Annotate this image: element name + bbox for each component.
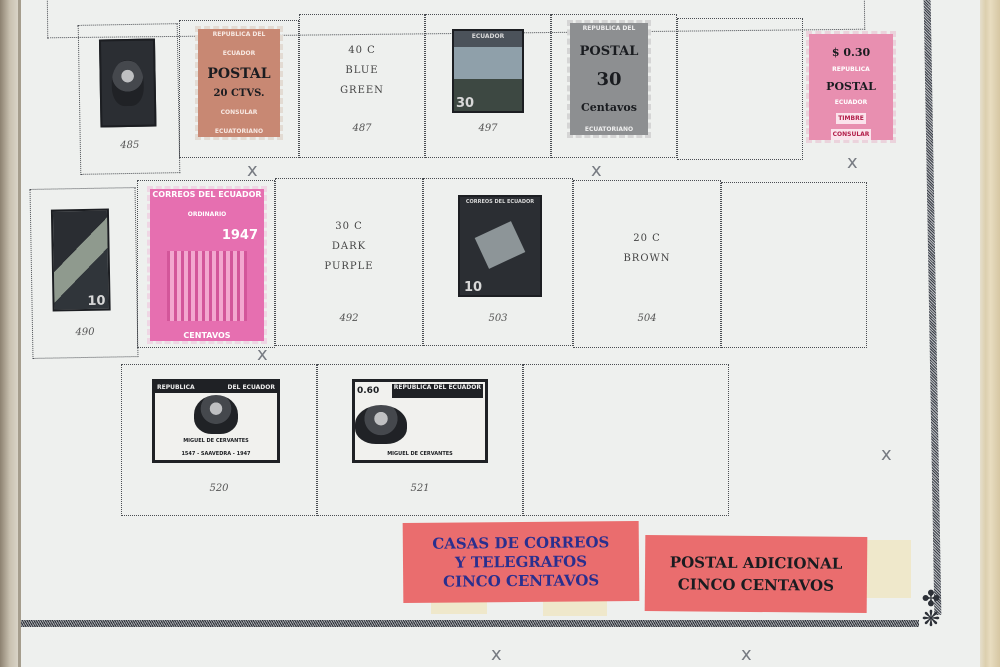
- stamp-cell: 10 490: [30, 187, 139, 359]
- catalog-number: 521: [318, 483, 522, 494]
- stamp-cell: 485: [78, 23, 181, 175]
- pencil-mark: x: [741, 644, 752, 665]
- loose-stamp-casas-de-correos: CASAS DE CORREOS Y TELEGRAFOS CINCO CENT…: [403, 521, 640, 603]
- stamp-hinge: [543, 600, 607, 616]
- stamp-521-cervantes: 0.60 REPUBLICA DEL ECUADOR MIGUEL DE CER…: [352, 379, 488, 463]
- ornamental-border-bottom: [21, 620, 919, 627]
- catalog-number: 497: [426, 123, 550, 134]
- stamp-497: ECUADOR 30: [452, 29, 524, 113]
- portrait-image: [194, 395, 238, 434]
- portrait-image: [355, 405, 407, 444]
- catalog-number: 487: [300, 123, 424, 134]
- ornamental-border-right: [924, 0, 942, 615]
- stamp-cell: REPUBLICA DEL ECUADOR POSTAL 20 CTVS. CO…: [179, 20, 299, 158]
- stamp-cell-empty: [677, 18, 803, 160]
- stamp-cell-empty: [721, 182, 867, 348]
- church-image: [167, 251, 247, 321]
- pencil-mark: x: [491, 644, 502, 665]
- stamp-correos-1947: CORREOS DEL ECUADOR ORDINARIO 1947 CENTA…: [150, 189, 264, 341]
- book-image: [475, 221, 526, 269]
- portrait-image: [112, 60, 144, 107]
- stamp-cell-empty: 30 C DARK PURPLE 492: [275, 178, 423, 346]
- stamp-cell: REPUBLICA DEL ECUADOR MIGUEL DE CERVANTE…: [121, 364, 317, 516]
- stamp-cell: CORREOS DEL ECUADOR ORDINARIO 1947 CENTA…: [137, 180, 275, 348]
- stamp-520-cervantes: REPUBLICA DEL ECUADOR MIGUEL DE CERVANTE…: [152, 379, 280, 463]
- pencil-mark: x: [247, 160, 258, 181]
- loose-stamp-postal-adicional: POSTAL ADICIONAL CINCO CENTAVOS: [645, 535, 868, 613]
- stamp-503: CORREOS DEL ECUADOR 10: [458, 195, 542, 297]
- corner-ornament-icon: ✤❋: [911, 590, 951, 636]
- catalog-number: 503: [424, 313, 572, 324]
- stamp-cell-empty: 40 C BLUE GREEN 487: [299, 14, 425, 158]
- stamp-cell: CORREOS DEL ECUADOR 10 503: [423, 178, 573, 346]
- pencil-mark: x: [591, 160, 602, 181]
- catalog-number: 504: [574, 313, 720, 324]
- catalog-number: 485: [81, 139, 179, 152]
- pencil-mark: x: [847, 152, 858, 173]
- stamp-cell: REPUBLICA DEL POSTAL 30 Centavos ECUATOR…: [551, 14, 677, 158]
- catalog-number: 520: [122, 483, 316, 494]
- pencil-mark: x: [881, 444, 892, 465]
- stamp-cell-empty: [523, 364, 729, 516]
- stamp-490: 10: [51, 209, 111, 312]
- catalog-number: 490: [33, 326, 137, 339]
- pencil-mark: x: [257, 344, 268, 365]
- album-page: ✤❋ 485 REPUBLICA DEL ECUADOR POSTAL 20 C…: [18, 0, 980, 667]
- stamp-cell: 0.60 REPUBLICA DEL ECUADOR MIGUEL DE CER…: [317, 364, 523, 516]
- stamp-cell: ECUADOR 30 497: [425, 14, 551, 158]
- stamp-485: [99, 39, 157, 128]
- stamp-cell-empty: 20 C BROWN 504: [573, 180, 721, 348]
- stamp-postal-20-ctvs: REPUBLICA DEL ECUADOR POSTAL 20 CTVS. CO…: [198, 29, 280, 137]
- stamp-postal-30-centavos: REPUBLICA DEL POSTAL 30 Centavos ECUATOR…: [570, 23, 648, 135]
- catalog-number: 492: [276, 313, 422, 324]
- stamp-postal-timbre-consular: $ 0.30 REPUBLICA POSTAL ECUADOR TIMBRE C…: [809, 34, 893, 140]
